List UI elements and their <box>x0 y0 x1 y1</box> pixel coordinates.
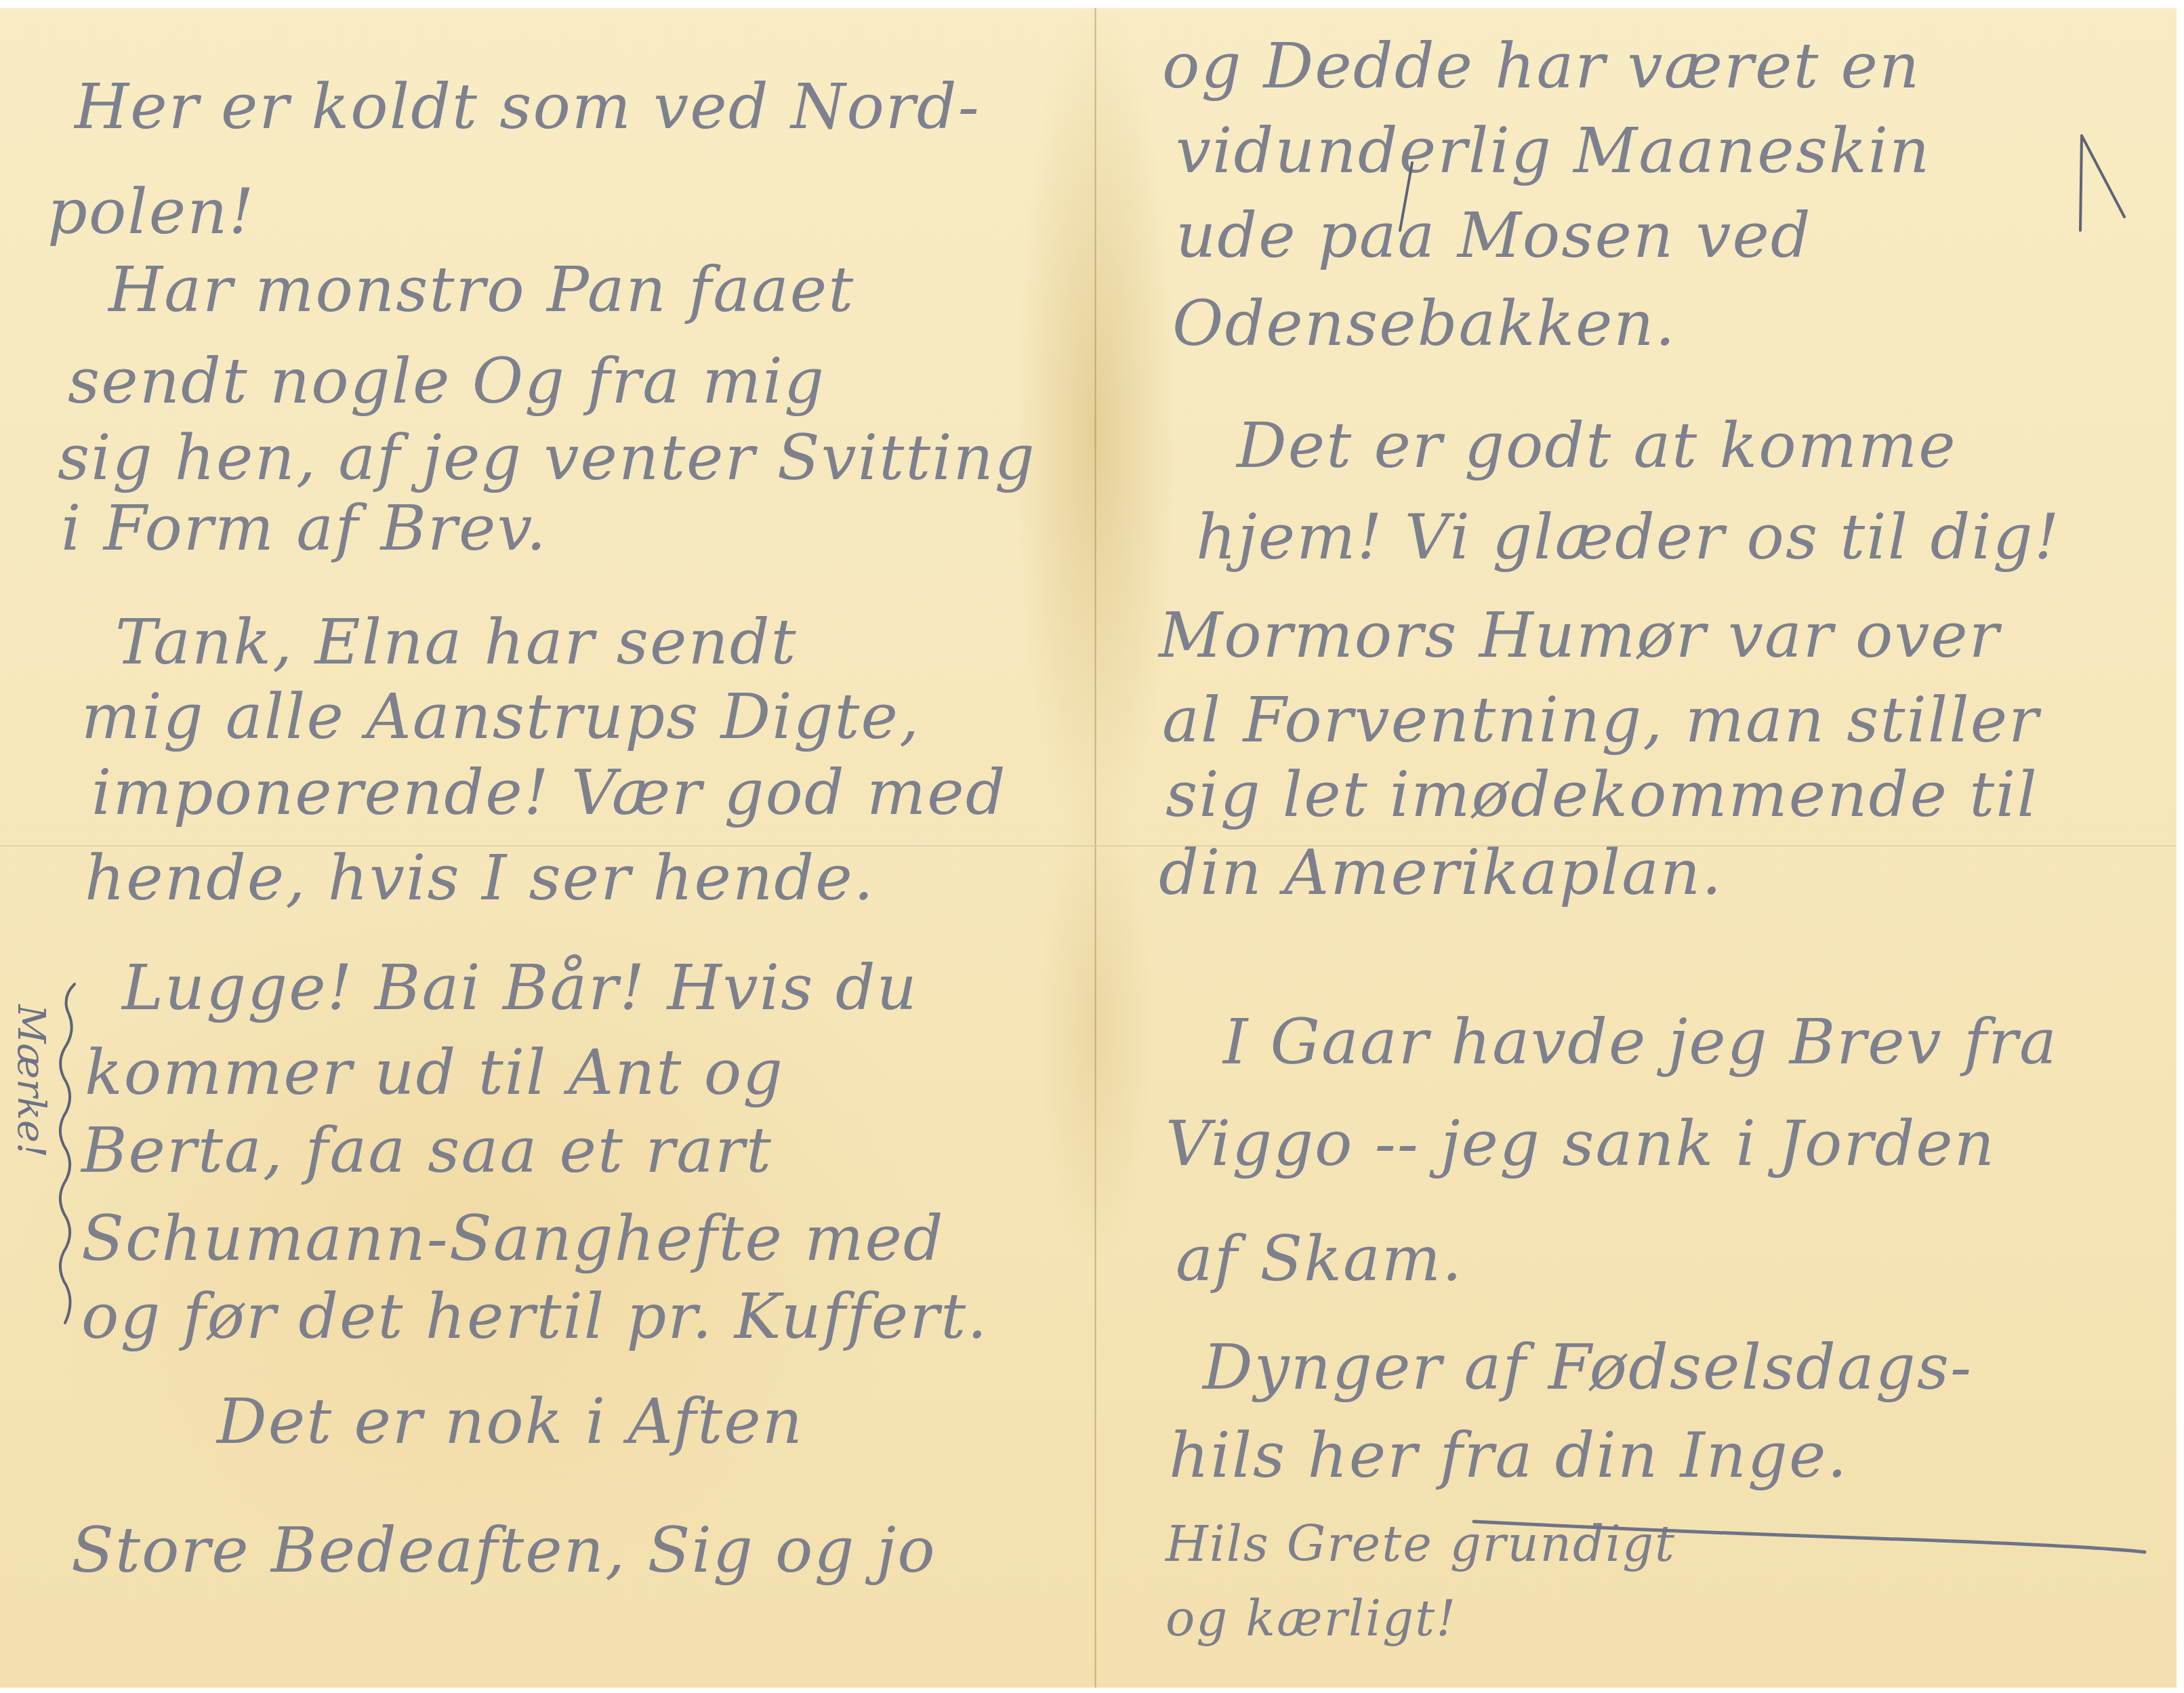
text-line: Schumann-Sanghefte med <box>81 1208 945 1270</box>
wavy-bracket-mark <box>47 977 88 1330</box>
text-line: af Skam. <box>1176 1228 1463 1290</box>
margin-note: Mærke! <box>9 1004 53 1158</box>
text-line: og før det hertil pr. Kuffert. <box>81 1286 988 1348</box>
vertical-fold-line <box>1094 8 1096 1688</box>
text-line: din Amerikaplan. <box>1159 842 1723 904</box>
text-line: Her er koldt som ved Nord- <box>75 76 981 138</box>
text-line: Odensebakken. <box>1172 293 1676 355</box>
left-page: Her er koldt som ved Nord- polen! Har mo… <box>0 8 1091 1688</box>
caret-insertion-mark <box>2074 129 2128 237</box>
text-line: Det er nok i Aften <box>217 1391 804 1453</box>
text-line: Dynger af Fødselsdags- <box>1203 1337 1973 1399</box>
text-line: Har monstro Pan faaet <box>108 259 854 321</box>
text-line: og kærligt! <box>1166 1594 1457 1643</box>
text-line: hils her fra din Inge. <box>1169 1425 1849 1487</box>
text-line: al Forventning, man stiller <box>1162 689 2040 752</box>
text-line: sendt nogle Og fra mig <box>68 350 825 413</box>
text-line: Viggo -- jeg sank i Jorden <box>1166 1113 1996 1175</box>
text-line: kommer ud til Ant og <box>85 1042 784 1104</box>
signature-underline <box>1470 1515 2148 1555</box>
right-page: og Dedde har været en vidunderlig Maanes… <box>1101 8 2177 1688</box>
insertion-mark <box>1396 159 1416 234</box>
text-line: imponerende! Vær god med <box>91 762 1007 824</box>
text-line: sig let imødekommende til <box>1166 764 2038 826</box>
text-line: Berta, faa saa et rart <box>81 1120 772 1182</box>
text-line: ude paa Mosen ved <box>1176 205 1812 267</box>
text-line: vidunderlig Maaneskin <box>1176 120 1931 182</box>
text-line: i Form af Brev. <box>61 497 548 560</box>
text-line: Store Bedeaften, Sig og jo <box>71 1519 936 1582</box>
text-line: mig alle Aanstrups Digte, <box>81 686 920 748</box>
text-line: hende, hvis I ser hende. <box>85 847 875 910</box>
text-line: I Gaar havde jeg Brev fra <box>1223 1011 2058 1074</box>
text-line: polen! <box>47 181 255 243</box>
text-line: hjem! Vi glæder os til dig! <box>1196 506 2061 569</box>
text-line: Tank, Elna har sendt <box>115 611 798 674</box>
text-line: Det er godt at komme <box>1237 415 1957 477</box>
text-line: Mormors Humør var over <box>1159 605 2000 667</box>
text-line: Lugge! Bai Bår! Hvis du <box>122 957 918 1019</box>
text-line: sig hen, af jeg venter Svitting <box>58 427 1036 489</box>
text-line: og Dedde har været en <box>1162 35 1920 98</box>
